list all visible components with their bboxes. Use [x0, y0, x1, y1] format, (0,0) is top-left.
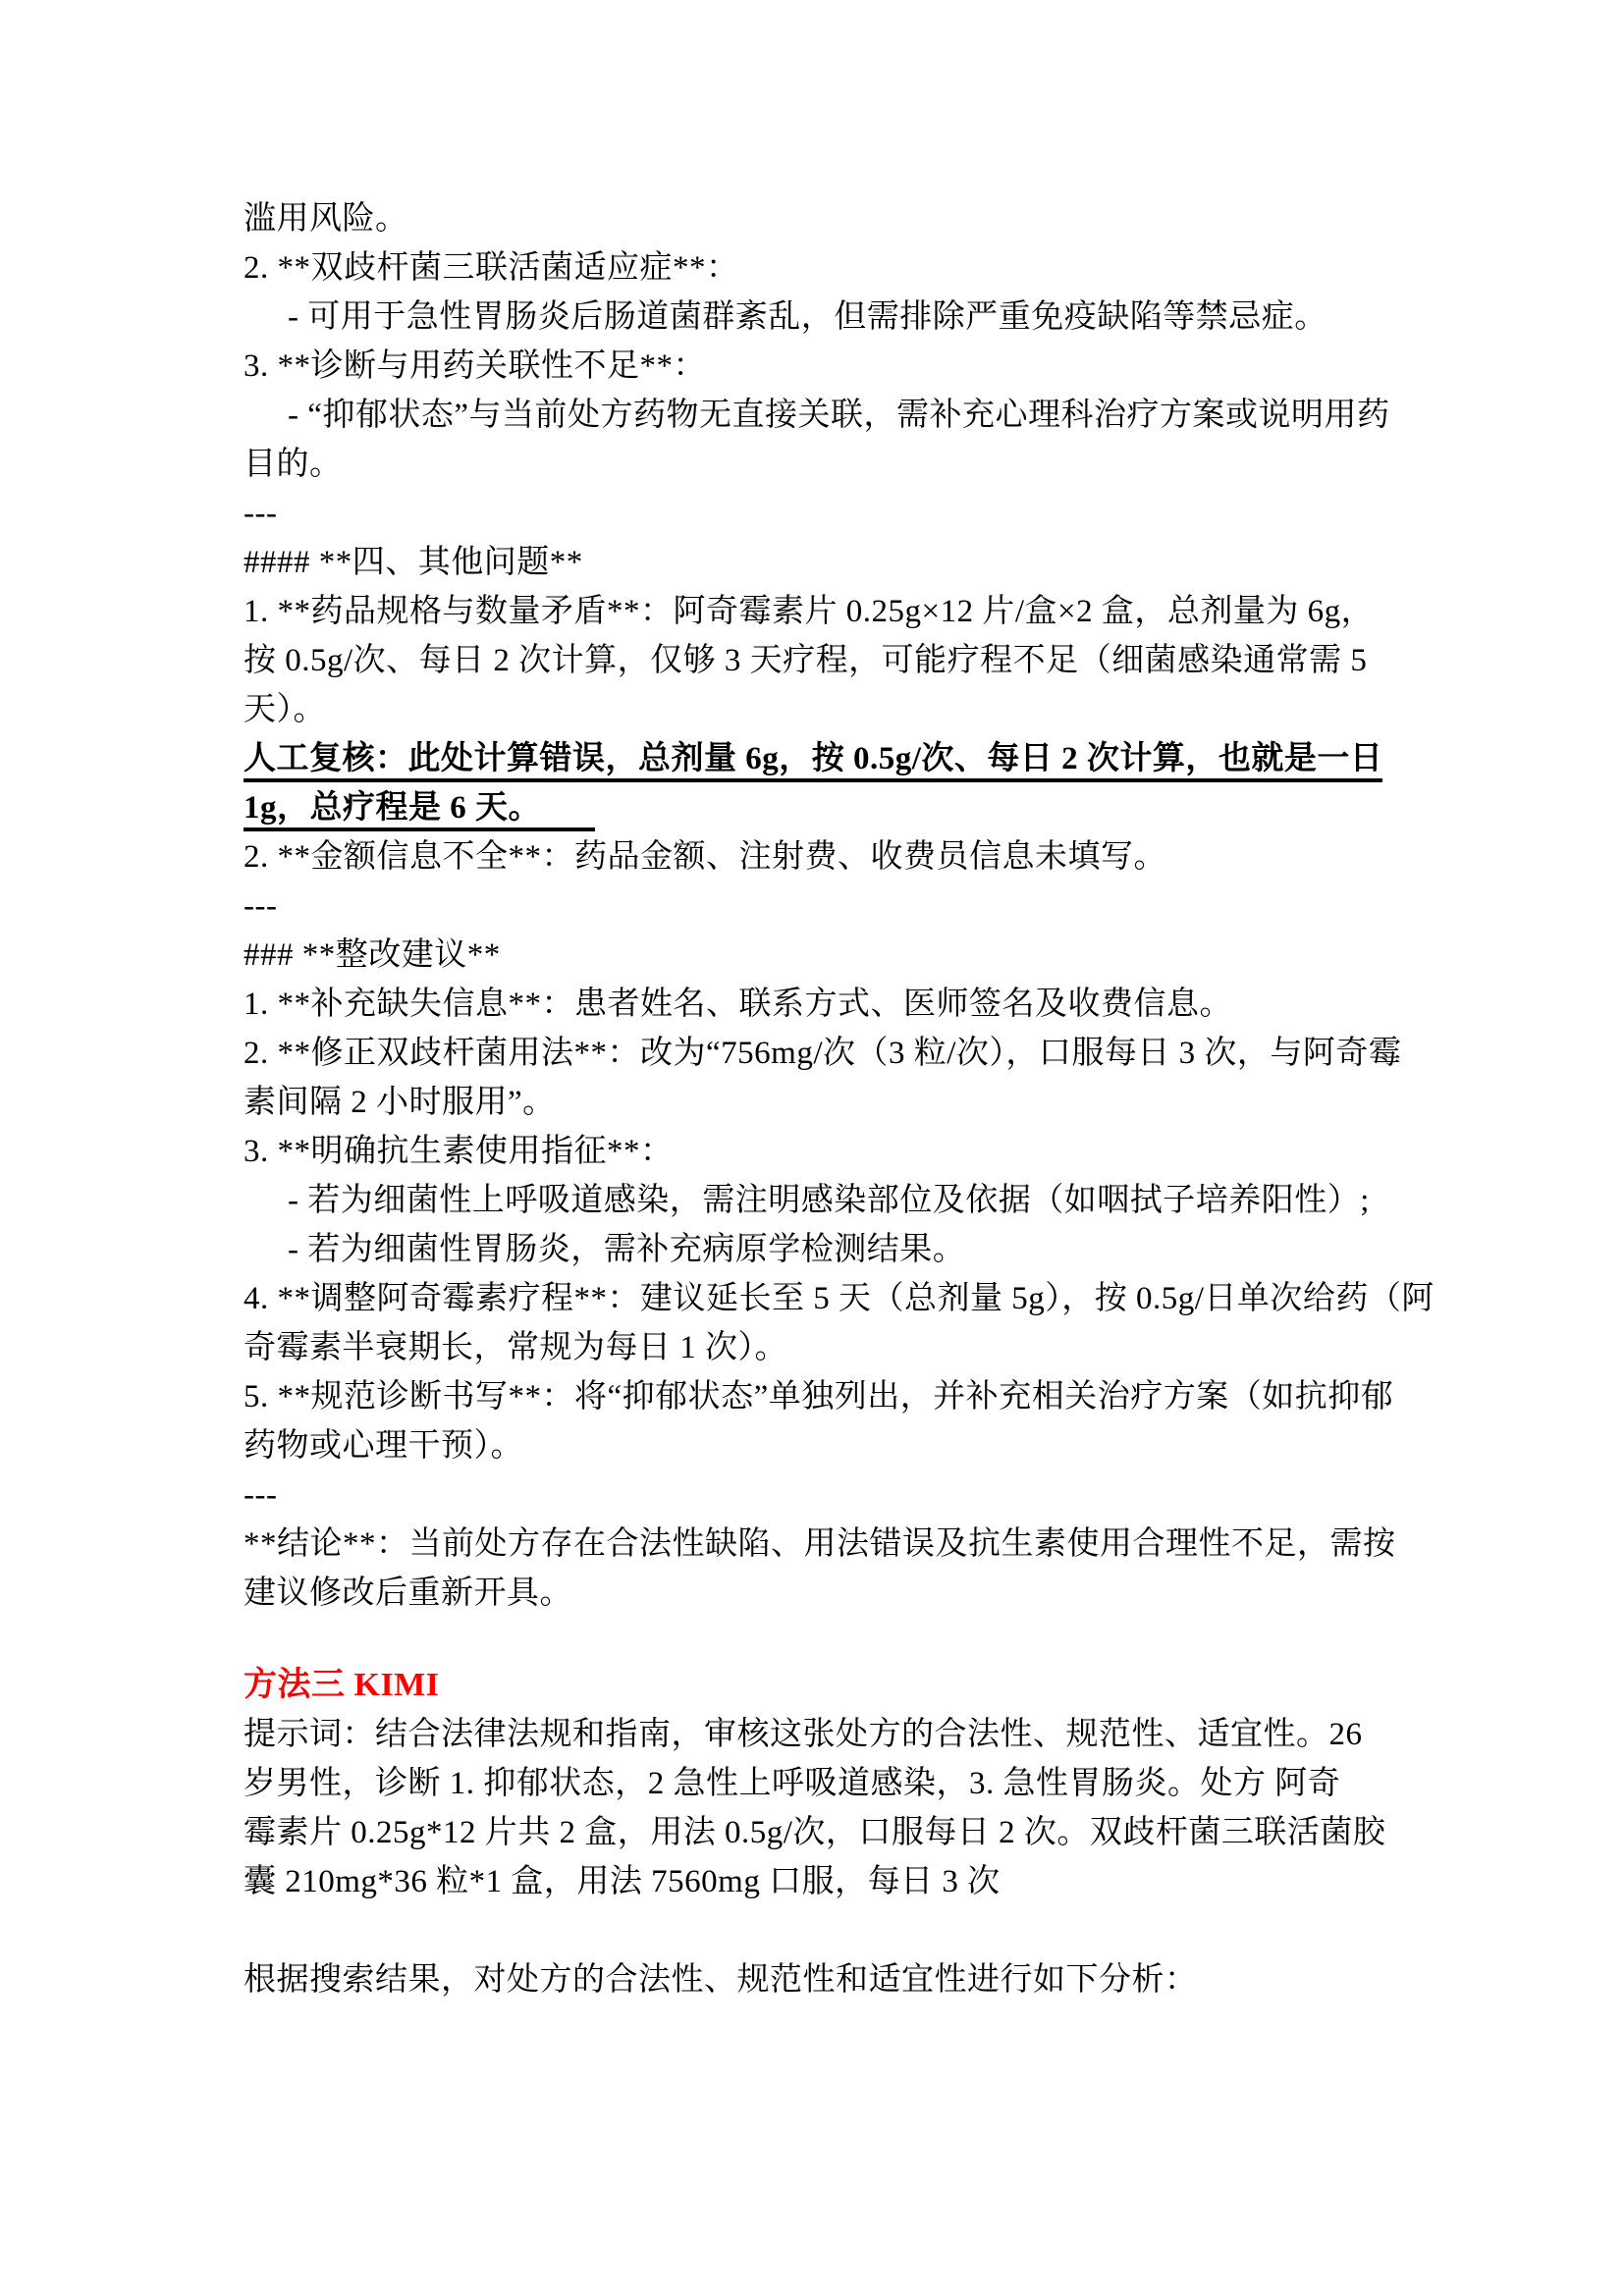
doc-line: 天）。 — [244, 685, 1386, 734]
doc-line: 1. **补充缺失信息**：患者姓名、联系方式、医师签名及收费信息。 — [244, 980, 1386, 1029]
doc-line: - 可用于急性胃肠炎后肠道菌群紊乱，但需排除严重免疫缺陷等禁忌症。 — [244, 293, 1386, 342]
conclusion-line: 建议修改后重新开具。 — [244, 1569, 1386, 1618]
doc-line: 2. **金额信息不全**：药品金额、注射费、收费员信息未填写。 — [244, 832, 1386, 881]
doc-line: 4. **调整阿奇霉素疗程**：建议延长至 5 天（总剂量 5g），按 0.5g… — [244, 1274, 1386, 1323]
doc-line: - 若为细菌性胃肠炎，需补充病原学检测结果。 — [244, 1225, 1386, 1274]
method3-heading: 方法三 KIMI — [244, 1661, 1386, 1710]
doc-line: 目的。 — [244, 440, 1386, 489]
manual-review-note: 人工复核：此处计算错误，总剂量 6g，按 0.5g/次、每日 2 次计算，也就是… — [244, 734, 1386, 783]
document-page: { "page": { "background": "#ffffff", "te… — [0, 0, 1624, 2296]
doc-line: 2. **双歧杆菌三联活菌适应症**： — [244, 243, 1386, 293]
separator-line: --- — [244, 489, 1386, 538]
doc-line: 5. **规范诊断书写**：将“抑郁状态”单独列出，并补充相关治疗方案（如抗抑郁 — [244, 1372, 1386, 1421]
section-heading-other-issues: #### **四、其他问题** — [244, 538, 1386, 587]
section-heading-suggestions: ### **整改建议** — [244, 931, 1386, 980]
doc-line: 3. **诊断与用药关联性不足**： — [244, 342, 1386, 391]
doc-line: 奇霉素半衰期长，常规为每日 1 次）。 — [244, 1323, 1386, 1372]
prompt-line: 提示词：结合法律法规和指南，审核这张处方的合法性、规范性、适宜性。26 — [244, 1710, 1386, 1759]
doc-line: 素间隔 2 小时服用”。 — [244, 1078, 1386, 1127]
doc-line: 3. **明确抗生素使用指征**： — [244, 1127, 1386, 1176]
document-body: 滥用风险。 2. **双歧杆菌三联活菌适应症**： - 可用于急性胃肠炎后肠道菌… — [244, 194, 1386, 2004]
prompt-line: 岁男性，诊断 1. 抑郁状态，2 急性上呼吸道感染，3. 急性胃肠炎。处方 阿奇 — [244, 1759, 1386, 1808]
doc-line: 1. **药品规格与数量矛盾**：阿奇霉素片 0.25g×12 片/盒×2 盒，… — [244, 587, 1386, 636]
doc-line: - 若为细菌性上呼吸道感染，需注明感染部位及依据（如咽拭子培养阳性）; — [244, 1176, 1386, 1225]
analysis-intro-line: 根据搜索结果，对处方的合法性、规范性和适宜性进行如下分析： — [244, 1955, 1386, 2004]
manual-review-note: 1g，总疗程是 6 天。 — [244, 783, 1386, 832]
doc-line: 2. **修正双歧杆菌用法**：改为“756mg/次（3 粒/次），口服每日 3… — [244, 1029, 1386, 1078]
prompt-line: 霉素片 0.25g*12 片共 2 盒，用法 0.5g/次，口服每日 2 次。双… — [244, 1808, 1386, 1857]
separator-line: --- — [244, 881, 1386, 931]
doc-line: 滥用风险。 — [244, 194, 1386, 243]
doc-line: - “抑郁状态”与当前处方药物无直接关联，需补充心理科治疗方案或说明用药 — [244, 391, 1386, 440]
doc-line: 药物或心理干预）。 — [244, 1421, 1386, 1470]
separator-line: --- — [244, 1470, 1386, 1520]
doc-line: 按 0.5g/次、每日 2 次计算，仅够 3 天疗程，可能疗程不足（细菌感染通常… — [244, 636, 1386, 685]
prompt-line: 囊 210mg*36 粒*1 盒，用法 7560mg 口服，每日 3 次 — [244, 1857, 1386, 1906]
conclusion-line: **结论**：当前处方存在合法性缺陷、用法错误及抗生素使用合理性不足，需按 — [244, 1520, 1386, 1569]
